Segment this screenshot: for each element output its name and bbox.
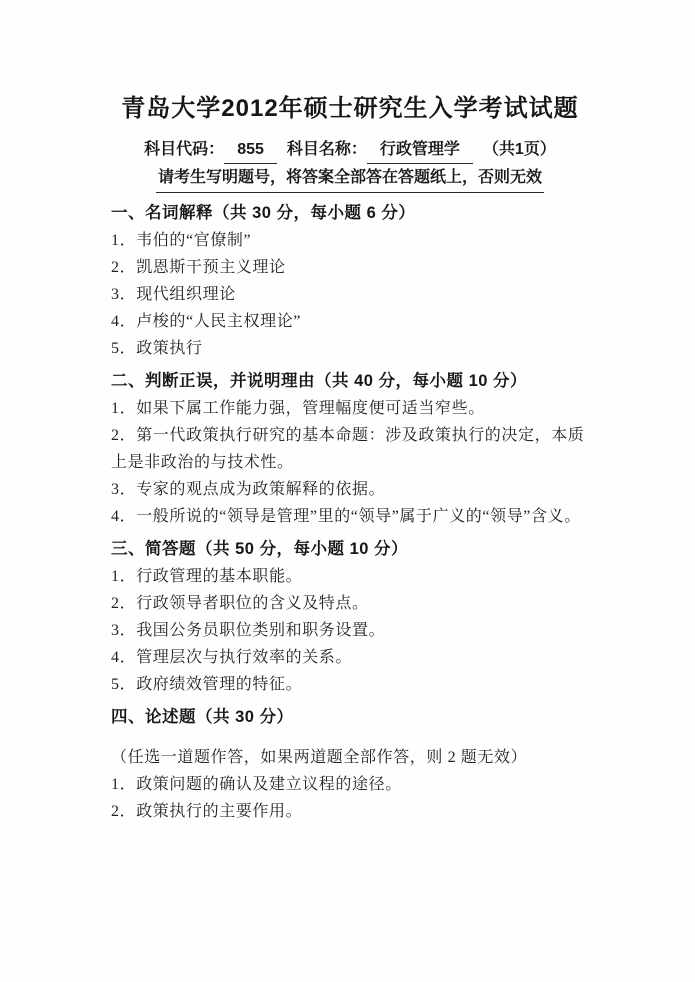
question-item: 5．政策执行 <box>111 335 589 362</box>
question-item: 2．凯恩斯干预主义理论 <box>111 254 589 281</box>
subject-code-value: 855 <box>224 136 277 164</box>
question-item: 1．韦伯的“官僚制” <box>111 227 589 254</box>
candidate-notice-text: 请考生写明题号，将答案全部答在答题纸上，否则无效 <box>156 164 544 193</box>
question-item: 1．行政管理的基本职能。 <box>111 563 589 590</box>
subject-name-label: 科目名称： <box>287 141 367 158</box>
exam-title: 青岛大学2012年硕士研究生入学考试试题 <box>111 92 589 126</box>
question-item: 2．行政领导者职位的含义及特点。 <box>111 590 589 617</box>
exam-paper: 青岛大学2012年硕士研究生入学考试试题 科目代码：855科目名称：行政管理学（… <box>0 0 695 982</box>
question-item: 3．专家的观点成为政策解释的依据。 <box>111 476 589 503</box>
section-heading: 二、判断正误，并说明理由（共 40 分，每小题 10 分） <box>111 368 589 395</box>
section-2-true-false: 二、判断正误，并说明理由（共 40 分，每小题 10 分） 1．如果下属工作能力… <box>111 368 589 530</box>
section-1-term-definitions: 一、名词解释（共 30 分，每小题 6 分） 1．韦伯的“官僚制” 2．凯恩斯干… <box>111 200 589 362</box>
question-item: 1．政策问题的确认及建立议程的途径。 <box>111 771 589 798</box>
question-item: 5．政府绩效管理的特征。 <box>111 671 589 698</box>
subject-code-label: 科目代码： <box>144 141 224 158</box>
question-item: 2．第一代政策执行研究的基本命题：涉及政策执行的决定，本质上是非政治的与技术性。 <box>111 422 589 476</box>
subject-meta-line: 科目代码：855科目名称：行政管理学（共1页） <box>111 136 589 164</box>
page-content: 青岛大学2012年硕士研究生入学考试试题 科目代码：855科目名称：行政管理学（… <box>111 0 589 825</box>
question-item: 2．政策执行的主要作用。 <box>111 798 589 825</box>
question-item: 3．现代组织理论 <box>111 281 589 308</box>
question-item: 4．卢梭的“人民主权理论” <box>111 308 589 335</box>
section-heading: 三、简答题（共 50 分，每小题 10 分） <box>111 536 589 563</box>
subject-name-value: 行政管理学 <box>367 136 473 164</box>
question-item: 1．如果下属工作能力强，管理幅度便可适当窄些。 <box>111 395 589 422</box>
question-item: 3．我国公务员职位类别和职务设置。 <box>111 617 589 644</box>
question-item: 4．一般所说的“领导是管理”里的“领导”属于广义的“领导”含义。 <box>111 503 589 530</box>
page-count: （共1页） <box>483 141 556 158</box>
section-4-essay: 四、论述题（共 30 分） （任选一道题作答，如果两道题全部作答，则 2 题无效… <box>111 704 589 825</box>
section-heading: 一、名词解释（共 30 分，每小题 6 分） <box>111 200 589 227</box>
sections: 一、名词解释（共 30 分，每小题 6 分） 1．韦伯的“官僚制” 2．凯恩斯干… <box>111 200 589 825</box>
section-note: （任选一道题作答，如果两道题全部作答，则 2 题无效） <box>111 744 589 771</box>
question-item: 4．管理层次与执行效率的关系。 <box>111 644 589 671</box>
section-3-short-answer: 三、简答题（共 50 分，每小题 10 分） 1．行政管理的基本职能。 2．行政… <box>111 536 589 698</box>
candidate-notice: 请考生写明题号，将答案全部答在答题纸上，否则无效 <box>111 164 589 193</box>
section-heading: 四、论述题（共 30 分） <box>111 704 589 731</box>
